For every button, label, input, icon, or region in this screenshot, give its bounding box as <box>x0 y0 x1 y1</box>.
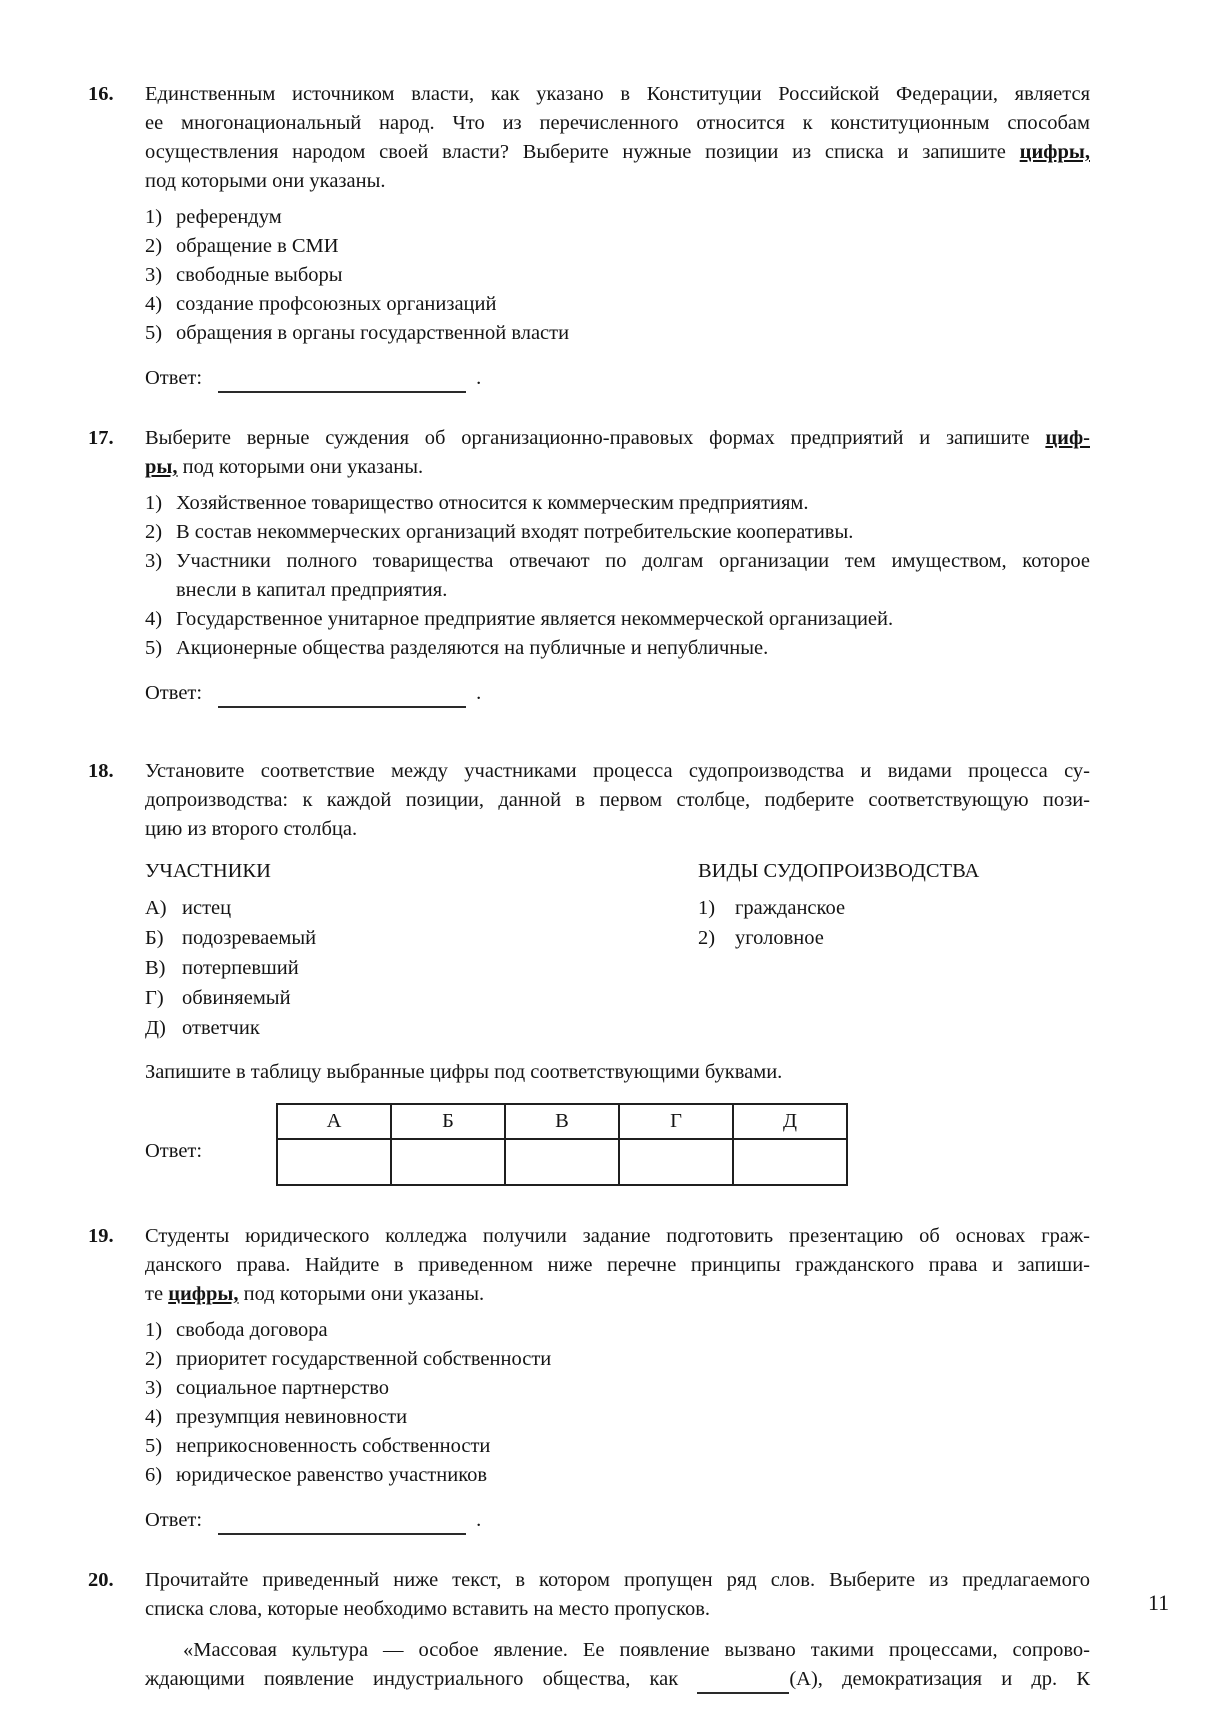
question-16-number: 16. <box>88 80 145 394</box>
match-item-letter: В) <box>145 953 182 983</box>
option-row: 4)создание профсоюзных организаций <box>145 290 1090 319</box>
answer-blank-line <box>218 686 466 708</box>
option-row: 5)неприкосновенность собственности <box>145 1432 1090 1461</box>
participants-header: УЧАСТНИКИ <box>145 856 698 886</box>
option-text: обращение в СМИ <box>176 232 1090 261</box>
question-20: 20. Прочитайте приведенный ниже текст, в… <box>88 1566 1090 1694</box>
option-row: 1)Хозяйственное товарищество относится к… <box>145 489 1090 518</box>
option-row: 2)В состав некоммерческих организаций вх… <box>145 518 1090 547</box>
question-20-body: Прочитайте приведенный ниже текст, в кот… <box>145 1566 1090 1694</box>
question-20-number: 20. <box>88 1566 145 1694</box>
question-19-number: 19. <box>88 1222 145 1536</box>
question-17-text-segment: под которыми они указаны. <box>178 456 424 478</box>
option-text: Хозяйственное товарищество относится к к… <box>176 489 1090 518</box>
match-item-letter: Д) <box>145 1013 182 1043</box>
option-text: свобода договора <box>176 1316 1090 1345</box>
emphasized-word: цифры, <box>1020 141 1090 163</box>
option-text: презумпция невиновности <box>176 1403 1090 1432</box>
option-row: 4)презумпция невиновности <box>145 1403 1090 1432</box>
option-number: 2) <box>145 1345 176 1374</box>
option-row: 3)Участники полного товарищества отвечаю… <box>145 547 1090 605</box>
option-text: создание профсоюзных организаций <box>176 290 1090 319</box>
answer-blank-line <box>218 1513 466 1535</box>
option-row: 6)юридическое равенство участников <box>145 1461 1090 1490</box>
answer-table: А Б В Г Д <box>276 1103 848 1186</box>
option-row: 5)обращения в органы государственной вла… <box>145 319 1090 348</box>
quote-text-segment: ждающими появление индустриального общес… <box>145 1668 697 1690</box>
option-number: 4) <box>145 605 176 634</box>
option-row: 3)свободные выборы <box>145 261 1090 290</box>
answer-table-input-row <box>277 1139 847 1185</box>
table-answer-cell <box>391 1139 505 1185</box>
option-text: обращения в органы государственной власт… <box>176 319 1090 348</box>
match-item: Б)подозреваемый <box>145 923 698 953</box>
match-item-letter: Г) <box>145 983 182 1013</box>
match-item-number: 1) <box>698 893 735 923</box>
option-row: 2)приоритет государственной собственност… <box>145 1345 1090 1374</box>
answer-line: Ответ:. <box>145 364 1090 394</box>
option-number: 2) <box>145 518 176 547</box>
page-number: 11 <box>1148 1588 1169 1617</box>
question-16-text-line: ее многонациональный народ. Что из переч… <box>145 109 1090 138</box>
answer-label: Ответ: <box>145 1123 276 1166</box>
question-18-number: 18. <box>88 757 145 1186</box>
quote-text-line: ждающими появление индустриального общес… <box>145 1665 1090 1694</box>
answer-line: Ответ:. <box>145 679 1090 709</box>
option-row: 3)социальное партнерство <box>145 1374 1090 1403</box>
match-item-letter: А) <box>145 893 182 923</box>
option-number: 5) <box>145 1432 176 1461</box>
option-number: 3) <box>145 261 176 290</box>
question-17-body: Выберите верные суждения об организацион… <box>145 424 1090 709</box>
table-header-cell: А <box>277 1104 391 1139</box>
option-text: неприкосновенность собственности <box>176 1432 1090 1461</box>
match-item-text: обвиняемый <box>182 983 291 1013</box>
table-instruction: Запишите в таблицу выбранные цифры под с… <box>145 1058 1090 1087</box>
question-20-text-line: списка слова, которые необходимо вставит… <box>145 1595 1090 1624</box>
answer-table-block: Ответ: А Б В Г Д <box>145 1103 1090 1186</box>
option-text: юридическое равенство участников <box>176 1461 1090 1490</box>
question-18: 18. Установите соответствие между участн… <box>88 757 1090 1186</box>
exam-page: 16. Единственным источником власти, как … <box>0 0 1216 1712</box>
match-item-text: истец <box>182 893 231 923</box>
match-item-text: гражданское <box>735 893 845 923</box>
question-17-options: 1)Хозяйственное товарищество относится к… <box>145 489 1090 663</box>
option-number: 1) <box>145 489 176 518</box>
option-text: Государственное унитарное предприятие яв… <box>176 605 1090 634</box>
option-number: 1) <box>145 1316 176 1345</box>
answer-period: . <box>476 1509 481 1531</box>
table-header-cell: Г <box>619 1104 733 1139</box>
question-16-options: 1)референдум 2)обращение в СМИ 3)свободн… <box>145 203 1090 348</box>
question-18-text-line: Установите соответствие между участникам… <box>145 757 1090 786</box>
match-item: Г)обвиняемый <box>145 983 698 1013</box>
match-item: 2)уголовное <box>698 923 1090 953</box>
table-header-cell: Б <box>391 1104 505 1139</box>
question-16-text-line: Единственным источником власти, как указ… <box>145 80 1090 109</box>
question-17-number: 17. <box>88 424 145 709</box>
answer-label: Ответ: <box>145 1509 202 1531</box>
option-number: 2) <box>145 232 176 261</box>
option-text: социальное партнерство <box>176 1374 1090 1403</box>
question-19-body: Студенты юридического колледжа получили … <box>145 1222 1090 1536</box>
option-number: 3) <box>145 1374 176 1403</box>
answer-period: . <box>476 367 481 389</box>
question-16-body: Единственным источником власти, как указ… <box>145 80 1090 394</box>
table-answer-cell <box>619 1139 733 1185</box>
match-item-text: уголовное <box>735 923 824 953</box>
option-row: 1)референдум <box>145 203 1090 232</box>
emphasized-word: цифры, <box>168 1283 238 1305</box>
participants-column: УЧАСТНИКИ А)истец Б)подозреваемый В)поте… <box>145 856 698 1043</box>
match-item: А)истец <box>145 893 698 923</box>
question-17: 17. Выберите верные суждения об организа… <box>88 424 1090 709</box>
question-19-text-line: Студенты юридического колледжа получили … <box>145 1222 1090 1251</box>
option-row: 2)обращение в СМИ <box>145 232 1090 261</box>
option-text: свободные выборы <box>176 261 1090 290</box>
matching-columns: УЧАСТНИКИ А)истец Б)подозреваемый В)поте… <box>145 856 1090 1043</box>
blank-line-A <box>697 1674 789 1694</box>
option-row: 4)Государственное унитарное предприятие … <box>145 605 1090 634</box>
option-number: 3) <box>145 547 176 605</box>
emphasized-word: циф- <box>1045 427 1090 449</box>
match-item-number: 2) <box>698 923 735 953</box>
question-19-text-segment: те <box>145 1283 168 1305</box>
question-19-text-line: те цифры, под которыми они указаны. <box>145 1280 1090 1309</box>
option-text-line: внесли в капитал предприятия. <box>176 576 1090 605</box>
option-number: 4) <box>145 1403 176 1432</box>
option-text: В состав некоммерческих организаций вход… <box>176 518 1090 547</box>
question-19-options: 1)свобода договора 2)приоритет государст… <box>145 1316 1090 1490</box>
match-item-text: подозреваемый <box>182 923 316 953</box>
option-row: 1)свобода договора <box>145 1316 1090 1345</box>
question-20-text-line: Прочитайте приведенный ниже текст, в кот… <box>145 1566 1090 1595</box>
question-18-text-line: допроизводства: к каждой позиции, данной… <box>145 786 1090 815</box>
quote-text-line: «Массовая культура — особое явление. Ее … <box>145 1636 1090 1665</box>
option-text: приоритет государственной собственности <box>176 1345 1090 1374</box>
question-17-text-line: ры, под которыми они указаны. <box>145 453 1090 482</box>
question-16-text-line: осуществления народом своей власти? Выбе… <box>145 138 1090 167</box>
option-number: 1) <box>145 203 176 232</box>
option-text: Акционерные общества разделяются на публ… <box>176 634 1090 663</box>
proceeding-types-header: ВИДЫ СУДОПРОИЗВОДСТВА <box>698 856 1090 886</box>
proceeding-types-column: ВИДЫ СУДОПРОИЗВОДСТВА 1)гражданское 2)уг… <box>698 856 1090 1043</box>
match-item: Д)ответчик <box>145 1013 698 1043</box>
match-item: 1)гражданское <box>698 893 1090 923</box>
question-16: 16. Единственным источником власти, как … <box>88 80 1090 394</box>
option-text: референдум <box>176 203 1090 232</box>
question-18-text-line: цию из второго столбца. <box>145 815 1090 844</box>
question-16-text-line: под которыми они указаны. <box>145 167 1090 196</box>
match-item-letter: Б) <box>145 923 182 953</box>
question-17-text-segment: Выберите верные суждения об организацион… <box>145 427 1045 449</box>
match-item: В)потерпевший <box>145 953 698 983</box>
option-number: 4) <box>145 290 176 319</box>
match-item-text: потерпевший <box>182 953 299 983</box>
question-16-text-segment: осуществления народом своей власти? Выбе… <box>145 141 1020 163</box>
quoted-text: «Массовая культура — особое явление. Ее … <box>145 1636 1090 1694</box>
option-row: 5)Акционерные общества разделяются на пу… <box>145 634 1090 663</box>
question-19-text-line: данского права. Найдите в приведенном ни… <box>145 1251 1090 1280</box>
answer-blank-line <box>218 371 466 393</box>
answer-label: Ответ: <box>145 367 202 389</box>
table-header-cell: Д <box>733 1104 847 1139</box>
question-17-text-line: Выберите верные суждения об организацион… <box>145 424 1090 453</box>
option-text-line: Участники полного товарищества отвечают … <box>176 547 1090 576</box>
question-18-body: Установите соответствие между участникам… <box>145 757 1090 1186</box>
table-answer-cell <box>505 1139 619 1185</box>
table-answer-cell <box>277 1139 391 1185</box>
option-number: 6) <box>145 1461 176 1490</box>
quote-text-segment: (А), демократизация и др. К <box>789 1668 1090 1690</box>
emphasized-word: ры, <box>145 456 178 478</box>
answer-line: Ответ:. <box>145 1506 1090 1536</box>
answer-label: Ответ: <box>145 682 202 704</box>
table-answer-cell <box>733 1139 847 1185</box>
question-19: 19. Студенты юридического колледжа получ… <box>88 1222 1090 1536</box>
question-19-text-segment: под которыми они указаны. <box>239 1283 485 1305</box>
match-item-text: ответчик <box>182 1013 260 1043</box>
option-text: Участники полного товарищества отвечают … <box>176 547 1090 605</box>
option-number: 5) <box>145 319 176 348</box>
option-number: 5) <box>145 634 176 663</box>
answer-table-header-row: А Б В Г Д <box>277 1104 847 1139</box>
table-header-cell: В <box>505 1104 619 1139</box>
answer-period: . <box>476 682 481 704</box>
